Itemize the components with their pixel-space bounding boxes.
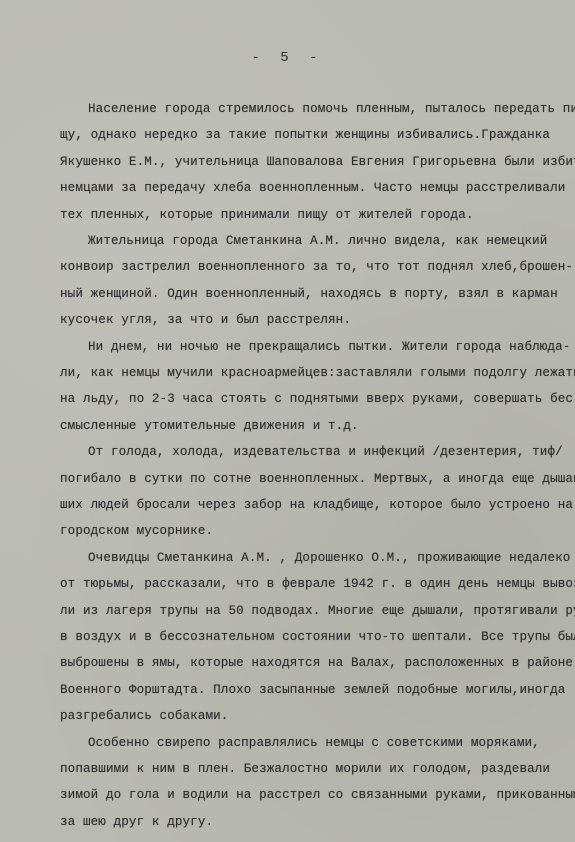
text-line: ли из лагеря трупы на 50 подводах. Многи… xyxy=(60,604,575,618)
text-line: за шею друг к другу. xyxy=(60,815,213,829)
text-line: Жительница города Сметанкина А.М. лично … xyxy=(88,234,547,248)
text-line: погибало в сутки по сотне военнопленных.… xyxy=(60,472,575,486)
page-number: - 5 - xyxy=(0,50,575,66)
text-line: зимой до гола и водили на расстрел со св… xyxy=(60,788,575,802)
text-line: немцами за передачу хлеба военнопленным.… xyxy=(60,181,565,195)
text-line: Военного Форштадта. Плохо засыпанные зем… xyxy=(60,683,565,697)
text-line: От голода, холода, издевательства и инфе… xyxy=(88,445,563,459)
text-line: от тюрьмы, рассказали, что в феврале 194… xyxy=(60,577,575,591)
text-line: в воздух и в бессознательном состоянии ч… xyxy=(60,630,575,644)
text-line: щу, однако нередко за такие попытки женщ… xyxy=(60,128,550,142)
text-line: Ни днем, ни ночью не прекращались пытки.… xyxy=(88,340,570,354)
text-line: ли, как немцы мучили красноармейцев:заст… xyxy=(60,366,575,380)
text-line: попавшими к ним в плен. Безжалостно мори… xyxy=(60,762,550,776)
text-line: смысленные утомительные движения и т.д. xyxy=(60,419,359,433)
text-line: разгребались собаками. xyxy=(60,709,228,723)
text-line: Население города стремилось помочь пленн… xyxy=(88,102,575,116)
text-line: Якушенко Е.М., учительница Шаповалова Ев… xyxy=(60,155,575,169)
text-line: на льду, по 2-3 часа стоять с поднятыми … xyxy=(60,392,575,406)
text-line: Особенно свирепо расправлялись немцы с с… xyxy=(88,736,540,750)
text-line: городском мусорнике. xyxy=(60,524,213,538)
text-line: тех пленных, которые принимали пищу от ж… xyxy=(60,208,474,222)
text-line: кусочек угля, за что и был расстрелян. xyxy=(60,313,351,327)
text-line: конвоир застрелил военнопленного за то, … xyxy=(60,260,573,274)
text-line: ный женщиной. Один военнопленный, находя… xyxy=(60,287,558,301)
text-line: Очевидцы Сметанкина А.М. , Дорошенко О.М… xyxy=(88,551,570,565)
text-line: выброшены в ямы, которые находятся на Ва… xyxy=(60,656,573,670)
text-line: ших людей бросали через забор на кладбищ… xyxy=(60,498,573,512)
